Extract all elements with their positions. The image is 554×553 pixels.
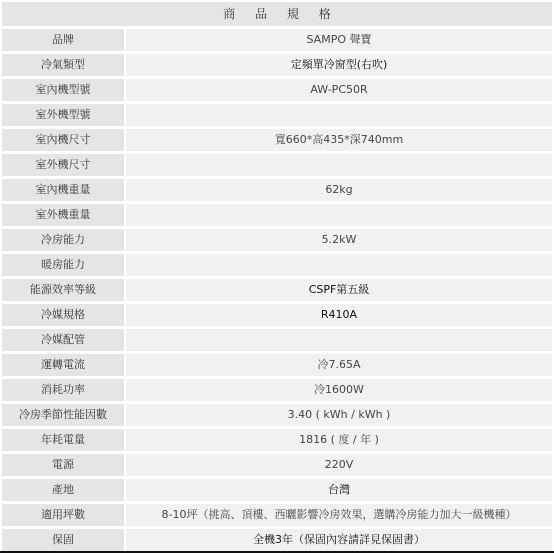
spec-value: SAMPO 聲寶 — [126, 29, 552, 51]
spec-value: 62kg — [126, 179, 552, 201]
spec-label: 保固 — [2, 529, 124, 551]
spec-row-outdoor-model: 室外機型號 — [2, 104, 552, 126]
spec-row-refrigerant-piping: 冷媒配管 — [2, 329, 552, 351]
spec-value — [126, 254, 552, 276]
spec-label: 冷房季節性能因數 — [2, 404, 124, 426]
spec-value — [126, 104, 552, 126]
spec-row-outdoor-size: 室外機尺寸 — [2, 154, 552, 176]
spec-value: 5.2kW — [126, 229, 552, 251]
spec-row-indoor-model: 室內機型號 AW-PC50R — [2, 79, 552, 101]
spec-row-annual-consumption: 年耗電量 1816 ( 度 / 年 ) — [2, 429, 552, 451]
spec-value: 8-10坪（挑高、頂樓、西曬影響冷房效果，選購冷房能力加大一級機種） — [126, 504, 552, 526]
spec-value: AW-PC50R — [126, 79, 552, 101]
spec-value — [126, 329, 552, 351]
spec-row-cooling-capacity: 冷房能力 5.2kW — [2, 229, 552, 251]
spec-label: 電源 — [2, 454, 124, 476]
spec-value: 1816 ( 度 / 年 ) — [126, 429, 552, 451]
spec-label: 能源效率等級 — [2, 279, 124, 301]
spec-value: 冷1600W — [126, 379, 552, 401]
spec-value: 定頻單冷窗型(右吹) — [126, 54, 552, 76]
spec-value: 全機3年（保固內容請詳見保固書） — [126, 529, 552, 551]
spec-row-indoor-weight: 室內機重量 62kg — [2, 179, 552, 201]
spec-value: 冷7.65A — [126, 354, 552, 376]
spec-label: 暖房能力 — [2, 254, 124, 276]
spec-table: 商 品 規 格 品牌 SAMPO 聲寶 冷氣類型 定頻單冷窗型(右吹) 室內機型… — [2, 2, 552, 551]
spec-row-heating-capacity: 暖房能力 — [2, 254, 552, 276]
spec-row-outdoor-weight: 室外機重量 — [2, 204, 552, 226]
spec-label: 品牌 — [2, 29, 124, 51]
spec-value: CSPF第五級 — [126, 279, 552, 301]
spec-value: 3.40 ( kWh / kWh ) — [126, 404, 552, 426]
spec-row-warranty: 保固 全機3年（保固內容請詳見保固書） — [2, 529, 552, 551]
spec-label: 冷氣類型 — [2, 54, 124, 76]
spec-label: 冷媒規格 — [2, 304, 124, 326]
spec-row-origin: 產地 台灣 — [2, 479, 552, 501]
spec-label: 室內機尺寸 — [2, 129, 124, 151]
spec-label: 室外機尺寸 — [2, 154, 124, 176]
spec-value — [126, 154, 552, 176]
spec-label: 運轉電流 — [2, 354, 124, 376]
spec-label: 冷媒配管 — [2, 329, 124, 351]
spec-row-brand: 品牌 SAMPO 聲寶 — [2, 29, 552, 51]
spec-row-energy-grade: 能源效率等級 CSPF第五級 — [2, 279, 552, 301]
spec-table-title: 商 品 規 格 — [2, 2, 552, 26]
spec-value: 寬660*高435*深740mm — [126, 129, 552, 151]
spec-label: 冷房能力 — [2, 229, 124, 251]
spec-row-ac-type: 冷氣類型 定頻單冷窗型(右吹) — [2, 54, 552, 76]
spec-label: 適用坪數 — [2, 504, 124, 526]
spec-value: R410A — [126, 304, 552, 326]
spec-row-indoor-size: 室內機尺寸 寬660*高435*深740mm — [2, 129, 552, 151]
spec-value — [126, 204, 552, 226]
spec-label: 室內機型號 — [2, 79, 124, 101]
spec-row-power-supply: 電源 220V — [2, 454, 552, 476]
spec-row-applicable-area: 適用坪數 8-10坪（挑高、頂樓、西曬影響冷房效果，選購冷房能力加大一級機種） — [2, 504, 552, 526]
spec-value: 台灣 — [126, 479, 552, 501]
spec-label: 室內機重量 — [2, 179, 124, 201]
spec-label: 年耗電量 — [2, 429, 124, 451]
spec-row-operating-current: 運轉電流 冷7.65A — [2, 354, 552, 376]
spec-label: 產地 — [2, 479, 124, 501]
spec-label: 室外機重量 — [2, 204, 124, 226]
spec-row-power-consumption: 消耗功率 冷1600W — [2, 379, 552, 401]
spec-row-cspf: 冷房季節性能因數 3.40 ( kWh / kWh ) — [2, 404, 552, 426]
spec-label: 室外機型號 — [2, 104, 124, 126]
spec-label: 消耗功率 — [2, 379, 124, 401]
spec-row-refrigerant: 冷媒規格 R410A — [2, 304, 552, 326]
spec-value: 220V — [126, 454, 552, 476]
